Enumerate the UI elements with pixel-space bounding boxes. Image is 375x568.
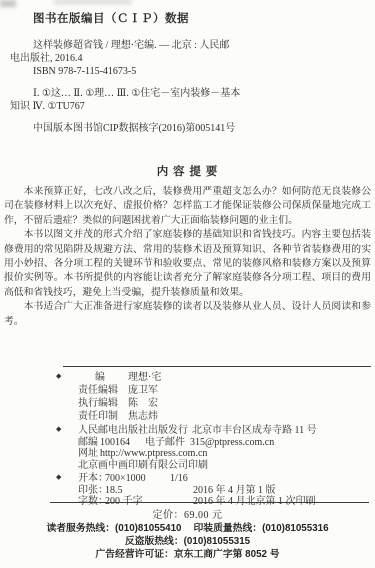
ad-license-line: 广告经营许可证：京东工商广字第 8052 号 [0,546,375,560]
cip-heading: 图书在版编目（ＣＩＰ）数据 [33,10,189,26]
colophon-row-sheets-edition: 印张：18.52016 年 4 月第 1 版 [0,485,375,497]
publisher-name: 人民邮电出版社出版发行 [78,425,192,437]
scan-artifact [0,0,16,7]
postcode-value: 100164 [100,437,145,449]
colophon-row-duty-editor: 责任编辑庞卫军 [0,384,375,397]
diamond-bullet-icon: ◆ [56,373,61,380]
print-duty-label: 责任印制 [78,410,122,423]
cip-classification-line-2: 知识 Ⅳ. ①TU767 [10,100,367,113]
summary-paragraph-3: 本书适合广大正准备进行家庭装修的读者以及装修从业人员、设计人员阅读和参考。 [4,300,371,329]
cip-isbn-line: ISBN 978-7-115-41673-5 [10,65,367,78]
summary-paragraph-1: 本来预算正好，七改八改之后，装修费用严重超支怎么办？如何防范无良装修公司在装修材… [4,185,371,228]
summary-paragraph-2: 本书以图文并茂的形式介绍了家庭装修的基础知识和省钱技巧。内容主要包括装修费用的常… [4,228,371,300]
editor-value: 理想·宅 [128,372,161,383]
exec-editor-value: 陈 宏 [128,398,158,409]
scan-artifact [54,0,132,4]
exec-editor-label: 执行编辑 [78,397,122,410]
format-value: 700×1000 [105,473,170,485]
email-value: 315@ptpress.com.cn [190,437,274,448]
cip-title-line-2: 电出版社, 2016.4 [10,52,367,65]
sheets-label: 印张： [78,485,105,497]
colophon-row-format: ◆ 开本：700×10001/16 [0,473,375,485]
duty-editor-label: 责任编辑 [78,384,122,397]
colophon-row-website: 网址http://www.ptpress.com.cn [0,448,375,460]
cip-classification-line: Ⅰ. ①这… Ⅱ. ①理… Ⅲ. ①住宅－室内装修－基本 [10,87,367,100]
editor-label: 编 [78,371,122,384]
cip-data-block: 这样装修超省钱 / 理想·宅编. — 北京 : 人民邮 电出版社, 2016.4… [10,39,367,135]
format-fraction: 1/16 [170,473,188,484]
price-line: 定价：69.00 元 [0,506,375,521]
colophon-row-editor: ◆ 编理想·宅 [0,371,375,384]
colophon-row-printer: 北京画中画印刷有限公司印刷 [0,460,375,472]
format-label: 开本： [78,473,105,485]
book-copyright-page: 图书在版编目（ＣＩＰ）数据 这样装修超省钱 / 理想·宅编. — 北京 : 人民… [0,0,375,568]
website-value: http://www.ptpress.com.cn [100,448,207,459]
diamond-bullet-icon: ◆ [56,474,61,481]
printer-name: 北京画中画印刷有限公司印刷 [78,460,208,471]
colophon-row-print-duty: 责任印制焦志炜 [0,410,375,423]
publisher-address: 北京市丰台区成寿寺路 11 号 [192,425,317,436]
hotlines-line: 读者服务热线：(010)81055410印装质量热线：(010)81055316 [0,520,375,534]
postcode-label: 邮编 [78,437,100,449]
email-label: 电子邮件 [145,437,190,449]
edition-value: 2016 年 4 月第 1 版 [193,485,276,496]
cip-title-line: 这样装修超省钱 / 理想·宅编. — 北京 : 人民邮 [10,39,367,52]
antipiracy-hotline: 反盗版热线：(010)81055315 [0,533,375,547]
summary-body: 本来预算正好，七改八改之后，装修费用严重超支怎么办？如何防范无良装修公司在装修材… [4,185,371,329]
summary-heading: 内 容 提 要 [0,163,375,179]
sheets-value: 18.5 [105,485,193,497]
cip-registry-line: 中国版本图书馆CIP数据核字(2016)第005141号 [10,122,367,135]
website-label: 网址 [78,448,100,460]
diamond-bullet-icon: ◆ [56,426,61,433]
colophon-row-publisher: ◆ 人民邮电出版社出版发行北京市丰台区成寿寺路 11 号 [0,425,375,437]
print-duty-value: 焦志炜 [128,411,158,422]
price-divider [50,502,369,503]
colophon-row-postcode-email: 邮编100164电子邮件315@ptpress.com.cn [0,437,375,449]
colophon-top-divider [63,366,371,367]
colophon-row-exec-editor: 执行编辑陈 宏 [0,397,375,410]
duty-editor-value: 庞卫军 [128,385,158,396]
colophon-block: ◆ 编理想·宅 责任编辑庞卫军 执行编辑陈 宏 责任印制焦志炜 ◆ 人民邮电出版… [0,371,375,508]
